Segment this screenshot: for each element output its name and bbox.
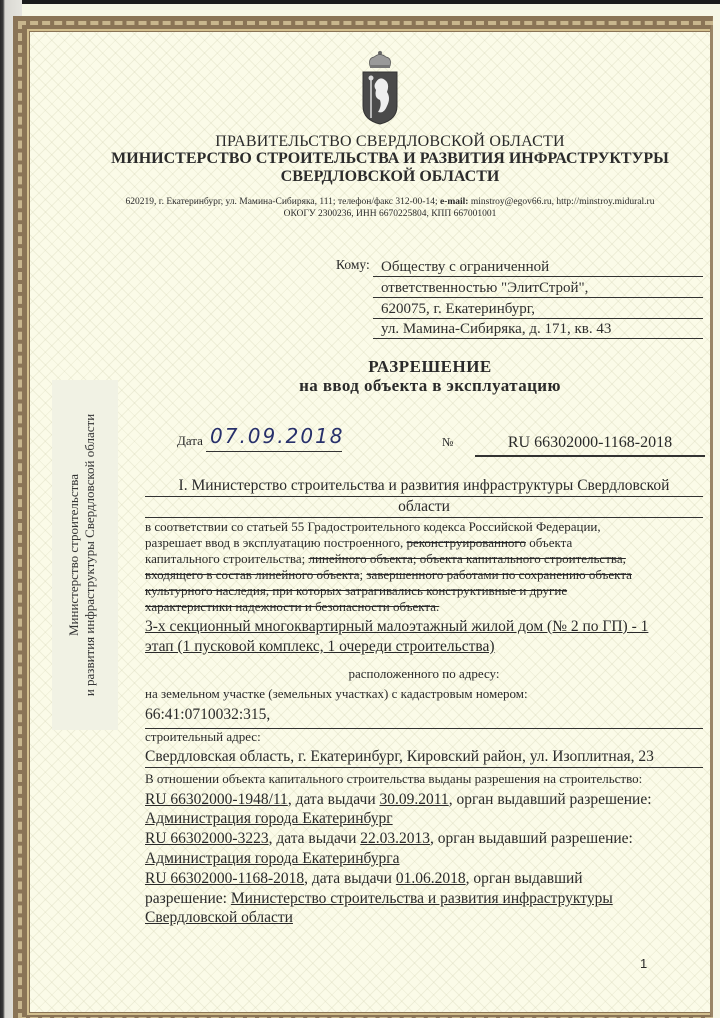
- issued-label: , дата выдачи: [304, 870, 396, 887]
- located-label: расположенного по адресу:: [145, 666, 703, 682]
- ministry-contacts: 620219, г. Екатеринбург, ул. Мамина-Сиби…: [100, 197, 680, 207]
- ministry-title-line2: СВЕРДЛОВСКОЙ ОБЛАСТИ: [100, 168, 680, 186]
- object-name-line2: этап (1 пусковой комплекс, 1 очереди стр…: [145, 637, 703, 656]
- permit-authority: Администрация города Екатеринбурга: [145, 849, 703, 868]
- side-stamp-line: и развития инфраструктуры Свердловской о…: [82, 380, 98, 730]
- intro-line: капитального строительства; линейного об…: [145, 551, 703, 567]
- recipient-line: 620075, г. Екатеринбург,: [373, 300, 703, 319]
- ministry-title-line1: МИНИСТЕРСТВО СТРОИТЕЛЬСТВА И РАЗВИТИЯ ИН…: [100, 150, 680, 168]
- document-subtitle: на ввод объекта в эксплуатацию: [160, 376, 700, 396]
- page-number: 1: [640, 956, 647, 971]
- cadastral-label: на земельном участке (земельных участках…: [145, 686, 703, 702]
- authority-label: , орган выдавший разрешение:: [449, 791, 652, 808]
- contacts-email-web: minstroy@egov66.ru, http://minstroy.midu…: [468, 197, 654, 207]
- object-name-line1: 3-х секционный многоквартирный малоэтажн…: [145, 617, 703, 636]
- recipient-line: ул. Мамина-Сибиряка, д. 171, кв. 43: [373, 320, 703, 339]
- side-stamp-line: Министерство строительства: [66, 380, 82, 730]
- intro-text: объекта: [526, 535, 572, 550]
- permit-ref-number: RU 66302000-3223: [145, 830, 269, 847]
- intro-text: разрешает ввод в эксплуатацию построенно…: [145, 535, 407, 550]
- cadastral-number: 66:41:0710032:315,: [145, 705, 703, 729]
- recipient-line: Обществу с ограниченной: [373, 258, 703, 277]
- struck-text: характеристики надежности и безопасности…: [145, 599, 703, 615]
- permit-entry: RU 66302000-1168-2018, дата выдачи 01.06…: [145, 869, 703, 888]
- government-title: ПРАВИТЕЛЬСТВО СВЕРДЛОВСКОЙ ОБЛАСТИ: [100, 133, 680, 151]
- email-label: e-mail:: [440, 197, 469, 207]
- permit-date: 01.06.2018: [396, 870, 466, 887]
- struck-text: завершенного работами по сохранению объе…: [366, 567, 632, 582]
- permit-number: RU 66302000-1168-2018: [475, 434, 705, 457]
- issued-label: , дата выдачи: [269, 830, 361, 847]
- permit-authority: Администрация города Екатеринбург: [145, 809, 703, 828]
- permit-authority: Министерство строительства и развития ин…: [231, 890, 613, 907]
- build-address-value: Свердловская область, г. Екатеринбург, К…: [145, 747, 703, 768]
- document-title: РАЗРЕШЕНИЕ: [160, 357, 700, 377]
- authority-label: , орган выдавший: [466, 870, 583, 887]
- document: ПРАВИТЕЛЬСТВО СВЕРДЛОВСКОЙ ОБЛАСТИ МИНИС…: [0, 0, 720, 1018]
- side-stamp: Министерство строительства и развития ин…: [52, 380, 118, 730]
- date-label: Дата: [177, 433, 203, 449]
- permit-ref-number: RU 66302000-1168-2018: [145, 870, 304, 887]
- section-heading-line2: области: [145, 497, 703, 518]
- intro-line: разрешает ввод в эксплуатацию построенно…: [145, 535, 703, 551]
- intro-text: капитального строительства;: [145, 551, 308, 566]
- number-label: №: [442, 435, 453, 450]
- permit-entry: RU 66302000-1948/11, дата выдачи 30.09.2…: [145, 790, 703, 809]
- struck-text: культурного наследия, при которых затраг…: [145, 583, 703, 599]
- struck-text: линейного объекта; объекта капитального …: [308, 551, 625, 566]
- recipient-label: Кому:: [336, 257, 370, 273]
- struck-text: входящего в состав линейного объекта: [145, 567, 360, 582]
- build-address-label: строительный адрес:: [145, 729, 703, 745]
- ministry-codes: ОКОГУ 2300236, ИНН 6670225804, КПП 66700…: [100, 209, 680, 219]
- issued-label: , дата выдачи: [288, 791, 380, 808]
- authority-label: , орган выдавший разрешение:: [430, 830, 633, 847]
- intro-line: входящего в состав линейного объекта; за…: [145, 567, 703, 583]
- section-heading-line1: I. Министерство строительства и развития…: [145, 476, 703, 497]
- permit-ref-number: RU 66302000-1948/11: [145, 791, 288, 808]
- permit-date: 22.03.2013: [360, 830, 430, 847]
- permit-entry: RU 66302000-3223, дата выдачи 22.03.2013…: [145, 829, 703, 848]
- permits-label: В отношении объекта капитального строите…: [145, 771, 703, 787]
- authority-label: разрешение:: [145, 890, 231, 907]
- contacts-address: 620219, г. Екатеринбург, ул. Мамина-Сиби…: [126, 197, 440, 207]
- coat-of-arms-icon: [360, 48, 400, 126]
- recipient-line: ответственностью "ЭлитСтрой",: [373, 279, 703, 298]
- struck-text: реконструированного: [407, 535, 526, 550]
- permit-date: 30.09.2011: [380, 791, 449, 808]
- permit-authority: Свердловской области: [145, 908, 703, 927]
- date-value-handwritten: 07.09.2018: [206, 424, 342, 452]
- intro-line: в соответствии со статьей 55 Градостроит…: [145, 519, 703, 535]
- permit-entry: разрешение: Министерство строительства и…: [145, 889, 703, 908]
